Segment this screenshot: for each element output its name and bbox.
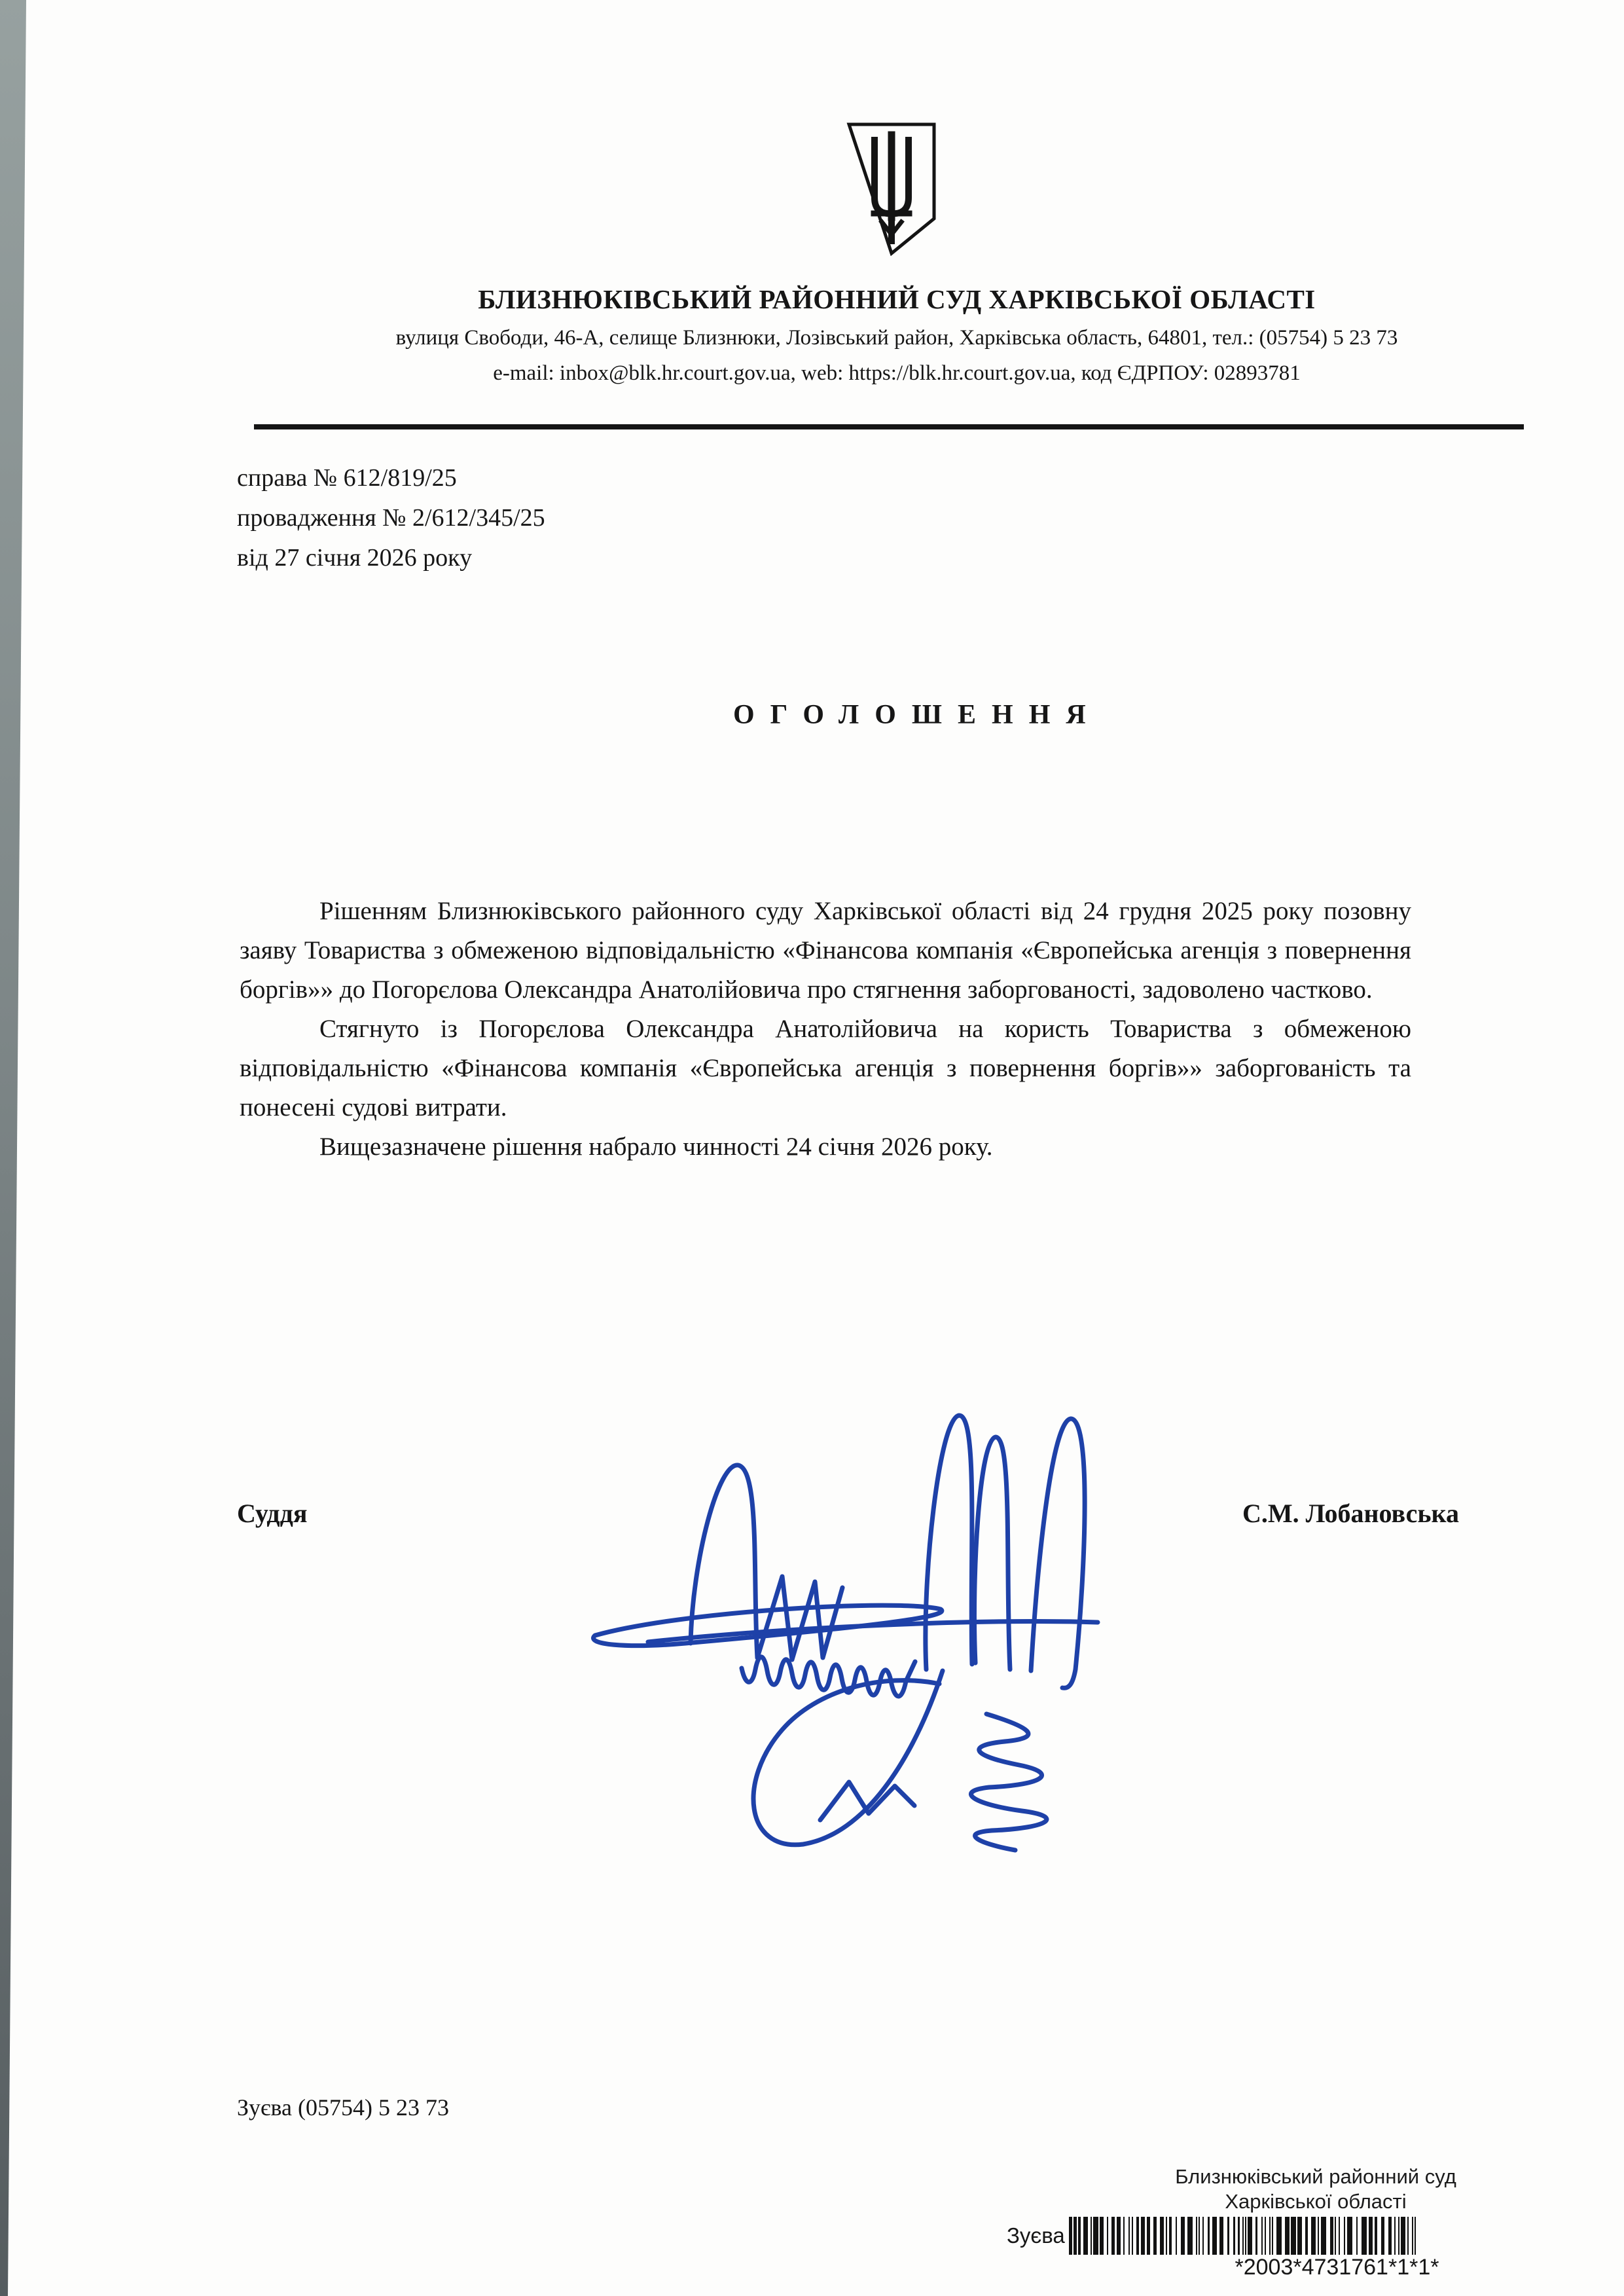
case-info-block: справа № 612/819/25 провадження № 2/612/… <box>237 458 545 578</box>
header-divider-rule <box>254 424 1524 429</box>
announcement-body: Рішенням Близнюківського районного суду … <box>240 892 1411 1167</box>
body-paragraph: Вищезазначене рішення набрало чинності 2… <box>240 1127 1411 1167</box>
barcode-value-text: *2003*4731761*1*1* <box>1083 2255 1591 2280</box>
stamp-court-line2: Харківської області <box>1021 2189 1610 2214</box>
judge-role-label: Суддя <box>237 1498 307 1529</box>
stamp-court-line1: Близнюківський районний суд <box>1021 2164 1610 2189</box>
scanner-edge-artifact <box>0 0 27 2296</box>
ukraine-trident-emblem-icon <box>846 122 937 256</box>
decision-date-line: від 27 січня 2026 року <box>237 538 545 578</box>
court-address-line: вулиця Свободи, 46-А, селище Близнюки, Л… <box>209 326 1584 350</box>
body-paragraph: Рішенням Близнюківського районного суду … <box>240 892 1411 1010</box>
court-contact-line: e-mail: inbox@blk.hr.court.gov.ua, web: … <box>209 361 1584 386</box>
clerk-phone-line: Зуєва (05754) 5 23 73 <box>237 2094 449 2121</box>
document-title: ОГОЛОШЕННЯ <box>733 699 1102 731</box>
court-name-heading: БЛИЗНЮКІВСЬКИЙ РАЙОННИЙ СУД ХАРКІВСЬКОЇ … <box>209 283 1584 315</box>
court-document-page: БЛИЗНЮКІВСЬКИЙ РАЙОННИЙ СУД ХАРКІВСЬКОЇ … <box>0 0 1624 2296</box>
footer-court-stamp: Близнюківський районний суд Харківської … <box>1021 2164 1610 2214</box>
judge-signature <box>586 1362 1110 1872</box>
barcode-row: Зуєва <box>1007 2217 1576 2255</box>
proceeding-number-line: провадження № 2/612/345/25 <box>237 498 545 538</box>
judge-name: С.М. Лобановська <box>1242 1498 1459 1529</box>
body-paragraph: Стягнуто із Погорєлова Олександра Анатол… <box>240 1010 1411 1127</box>
barcode <box>1069 2217 1576 2255</box>
case-number-line: справа № 612/819/25 <box>237 458 545 498</box>
barcode-clerk-label: Зуєва <box>1007 2223 1065 2248</box>
